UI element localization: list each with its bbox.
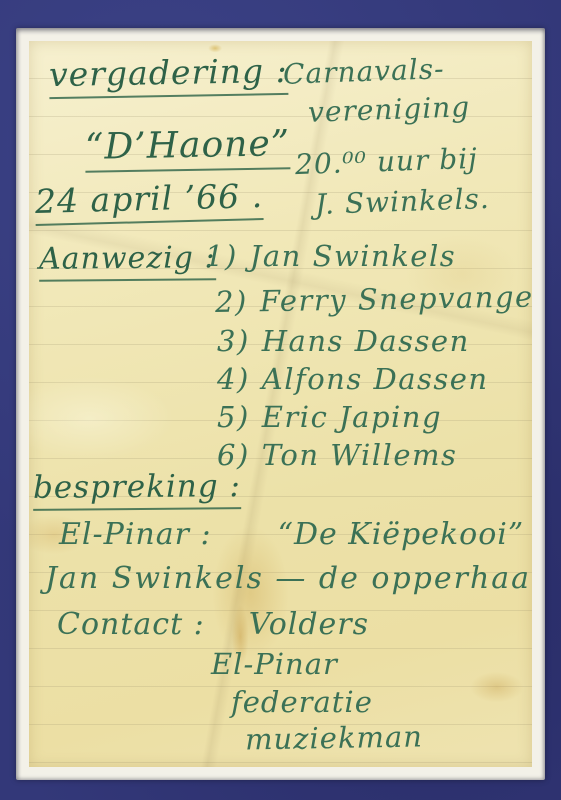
contact-label: Contact : (57, 607, 205, 642)
document-mat: vergadering : Carnavals- vereniging “D’H… (16, 28, 545, 780)
attendee-name: Jan Swinkels (250, 239, 456, 273)
attendee-row: 2)Ferry Snepvangers (215, 279, 532, 319)
meeting-date: 24 april ’66 . (35, 176, 264, 226)
contact-item: federatie (231, 685, 373, 719)
attendee-number: 1) (205, 239, 238, 273)
meeting-time: 20.⁰⁰ uur bij (294, 142, 478, 181)
meeting-heading: vergadering : (49, 51, 288, 94)
attendee-row: 3)Hans Dassen (217, 324, 470, 358)
org-name-line2: vereniging (307, 90, 470, 129)
contact-item: Volders (249, 607, 369, 642)
attendee-row: 1)Jan Swinkels (205, 239, 456, 273)
attendee-row: 4)Alfons Dassen (217, 362, 489, 396)
attendee-number: 2) (215, 284, 248, 319)
attendance-label: Aanwezig : (39, 240, 216, 282)
attendee-name: Hans Dassen (262, 324, 470, 358)
topic1-value: “De Kiëpekooi” (278, 517, 525, 552)
contact-item: El-Pinar (211, 647, 338, 681)
meeting-date-line: 24 april ’66 . (35, 176, 264, 221)
handwritten-note: vergadering : Carnavals- vereniging “D’H… (29, 41, 532, 767)
attendance-heading: Aanwezig : (39, 240, 216, 277)
attendee-row: 6)Ton Willems (217, 438, 457, 472)
attendee-name: Ton Willems (262, 438, 458, 472)
discussion-label: bespreking : (33, 468, 241, 511)
club-name-line: “D’Haone” (85, 123, 291, 168)
discussion-topic-1: El-Pinar :“De Kiëpekooi” (59, 517, 524, 552)
attendee-number: 5) (217, 400, 250, 434)
meeting-host: J. Swinkels. (314, 182, 490, 221)
discussion-topic-2: Jan Swinkels — de opperhaan (45, 561, 532, 596)
contact-line: Contact :Volders (57, 607, 369, 642)
club-name: “D’Haone” (85, 123, 291, 173)
discussion-heading: bespreking : (33, 468, 241, 506)
attendee-number: 6) (217, 438, 250, 472)
attendee-row: 5)Eric Japing (217, 400, 442, 434)
org-name-line1: Carnavals- (282, 52, 445, 91)
photo-background: vergadering : Carnavals- vereniging “D’H… (0, 0, 561, 800)
topic1-label: El-Pinar : (59, 517, 212, 552)
attendee-name: Eric Japing (262, 400, 442, 434)
meeting-label: vergadering : (49, 51, 288, 99)
attendee-name: Ferry Snepvangers (259, 279, 532, 318)
attendee-number: 4) (217, 362, 250, 396)
attendee-number: 3) (217, 324, 250, 358)
contact-item: muziekman (245, 719, 424, 756)
attendee-name: Alfons Dassen (262, 362, 489, 396)
